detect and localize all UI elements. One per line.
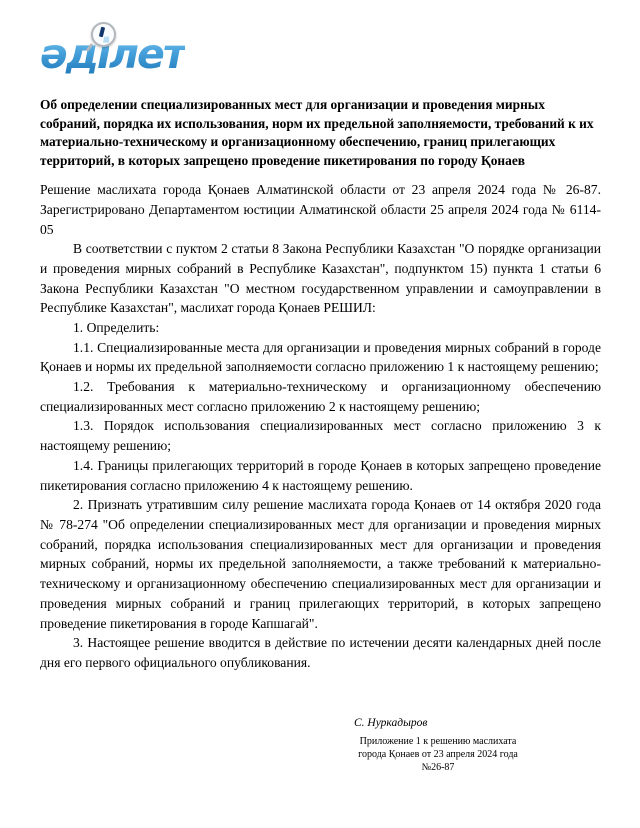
logo-text-part1: әд [40, 30, 97, 78]
document-subtitle: Решение маслихата города Қонаев Алматинс… [40, 180, 601, 239]
paragraph-point-1-3: 1.3. Порядок использования специализиров… [40, 416, 601, 455]
paragraph-preamble: В соответствии с пуктом 2 статьи 8 Закон… [40, 239, 601, 318]
appendix-note-line: Приложение 1 к решению маслихата [312, 735, 564, 748]
paragraph-point-1-2: 1.2. Требования к материально-техническо… [40, 377, 601, 416]
paragraph-point-2: 2. Признать утратившим силу решение масл… [40, 495, 601, 633]
document-content: Об определении специализированных мест д… [40, 96, 601, 673]
document-title: Об определении специализированных мест д… [40, 96, 601, 170]
appendix-note-line: города Қонаев от 23 апреля 2024 года [312, 748, 564, 761]
signature-block: С. Нуркадыров Приложение 1 к решению мас… [312, 716, 564, 774]
appendix-note-line: №26-87 [312, 761, 564, 774]
paragraph-point-1: 1. Определить: [40, 318, 601, 338]
document-page: әділет Об определении специализированных… [0, 0, 640, 828]
appendix-note: Приложение 1 к решению маслихата города … [312, 735, 564, 774]
paragraph-point-1-4: 1.4. Границы прилегающих территорий в го… [40, 456, 601, 495]
signature-name: С. Нуркадыров [312, 716, 564, 731]
adilet-logo: әділет [40, 30, 185, 82]
logo-text-part3: лет [109, 30, 185, 78]
paragraph-point-1-1: 1.1. Специализированные места для органи… [40, 338, 601, 377]
magnifier-icon [91, 22, 116, 47]
paragraph-point-3: 3. Настоящее решение вводится в действие… [40, 633, 601, 672]
